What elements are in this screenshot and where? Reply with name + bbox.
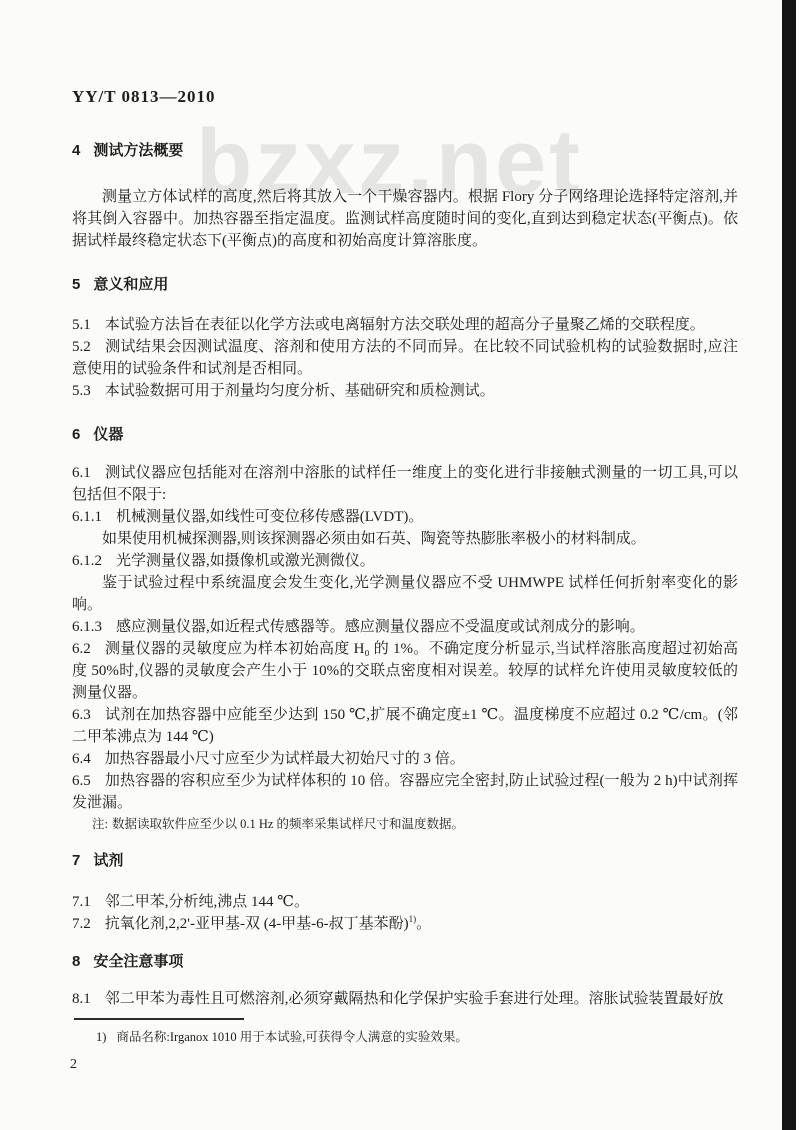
clause-text: 加热容器最小尺寸应至少为试样最大初始尺寸的 3 倍。	[105, 751, 465, 767]
paragraph-overview: 测量立方体试样的高度,然后将其放入一个干燥容器内。根据 Flory 分子网络理论…	[72, 186, 738, 252]
clause-8-1: 8.1邻二甲苯为毒性且可燃溶剂,必须穿戴隔热和化学保护实验手套进行处理。溶胀试验…	[72, 988, 738, 1010]
clause-5-2: 5.2测试结果会因测试温度、溶剂和使用方法的不同而异。在比较不同试验机构的试验数…	[72, 336, 738, 380]
clause-number: 8.1	[72, 991, 91, 1007]
clause-number: 5.3	[72, 383, 91, 399]
clause-number: 6.1	[72, 465, 91, 481]
standard-number-header: YY/T 0813—2010	[72, 86, 738, 108]
section-heading-8: 8安全注意事项	[72, 951, 738, 973]
section-number: 8	[72, 953, 80, 970]
clause-number: 5.2	[72, 339, 91, 355]
clause-text: 机械测量仪器,如线性可变位移传感器(LVDT)。	[116, 509, 423, 525]
clause-7-1: 7.1邻二甲苯,分析纯,沸点 144 ℃。	[72, 891, 738, 913]
clause-6-5: 6.5加热容器的容积应至少为试样体积的 10 倍。容器应完全密封,防止试验过程(…	[72, 770, 738, 814]
clause-number: 7.2	[72, 916, 91, 932]
clause-number: 6.1.2	[72, 553, 102, 569]
clause-number: 7.1	[72, 894, 91, 910]
clause-number: 6.3	[72, 707, 91, 723]
section-title: 安全注意事项	[93, 953, 183, 970]
clause-number: 6.4	[72, 751, 91, 767]
page-content: YY/T 0813—2010 4测试方法概要 测量立方体试样的高度,然后将其放入…	[72, 86, 738, 1074]
clause-text: 本试验方法旨在表征以化学方法或电离辐射方法交联处理的超高分子量聚乙烯的交联程度。	[105, 317, 705, 333]
clause-5-1: 5.1本试验方法旨在表征以化学方法或电离辐射方法交联处理的超高分子量聚乙烯的交联…	[72, 314, 738, 336]
section-heading-5: 5意义和应用	[72, 274, 738, 296]
section-heading-6: 6仪器	[72, 424, 738, 446]
footnote-text: 商品名称:Irganox 1010 用于本试验,可获得令人满意的实验效果。	[116, 1030, 468, 1044]
clause-6-2: 6.2测量仪器的灵敏度应为样本初始高度 H₀ 的 1%。不确定度分析显示,当试样…	[72, 638, 738, 704]
section-title: 仪器	[93, 426, 123, 443]
clause-text: 邻二甲苯为毒性且可燃溶剂,必须穿戴隔热和化学保护实验手套进行处理。溶胀试验装置最…	[105, 991, 724, 1007]
section-number: 6	[72, 426, 80, 443]
note-label: 注:	[92, 817, 108, 831]
scan-edge-artifact	[782, 0, 796, 1130]
clause-text: 试剂在加热容器中应能至少达到 150 ℃,扩展不确定度±1 ℃。温度梯度不应超过…	[72, 707, 738, 745]
note-text: 数据读取软件应至少以 0.1 Hz 的频率采集试样尺寸和温度数据。	[112, 817, 464, 831]
clause-text: 测试仪器应包括能对在溶剂中溶胀的试样任一维度上的变化进行非接触式测量的一切工具,…	[72, 465, 738, 503]
section-number: 7	[72, 852, 80, 869]
clause-number: 6.1.1	[72, 509, 102, 525]
clause-text: 测试结果会因测试温度、溶剂和使用方法的不同而异。在比较不同试验机构的试验数据时,…	[72, 339, 738, 377]
clause-number: 6.5	[72, 773, 91, 789]
footnote: 1)商品名称:Irganox 1010 用于本试验,可获得令人满意的实验效果。	[96, 1028, 738, 1046]
section-title: 试剂	[93, 852, 123, 869]
clause-text: 抗氧化剂,2,2'-亚甲基-双 (4-甲基-6-叔丁基苯酚)	[105, 916, 409, 932]
note-data-acquisition: 注:数据读取软件应至少以 0.1 Hz 的频率采集试样尺寸和温度数据。	[92, 814, 738, 834]
clause-text: 加热容器的容积应至少为试样体积的 10 倍。容器应完全密封,防止试验过程(一般为…	[72, 773, 738, 811]
section-heading-4: 4测试方法概要	[72, 140, 738, 162]
clause-text: 感应测量仪器,如近程式传感器等。感应测量仪器应不受温度或试剂成分的影响。	[116, 619, 645, 635]
section-title: 测试方法概要	[93, 142, 183, 159]
clause-text: 测量仪器的灵敏度应为样本初始高度 H₀ 的 1%。不确定度分析显示,当试样溶胀高…	[72, 641, 738, 701]
clause-text: 本试验数据可用于剂量均匀度分析、基础研究和质检测试。	[105, 383, 495, 399]
clause-text: 邻二甲苯,分析纯,沸点 144 ℃。	[105, 894, 309, 910]
section-title: 意义和应用	[93, 276, 168, 293]
clause-number: 5.1	[72, 317, 91, 333]
section-heading-7: 7试剂	[72, 850, 738, 872]
clause-6-1-3: 6.1.3感应测量仪器,如近程式传感器等。感应测量仪器应不受温度或试剂成分的影响…	[72, 616, 738, 638]
footnote-separator	[74, 1018, 244, 1020]
clause-text: 光学测量仪器,如摄像机或激光测微仪。	[116, 553, 375, 569]
clause-number: 6.2	[72, 641, 91, 657]
document-page: bzxz.net YY/T 0813—2010 4测试方法概要 测量立方体试样的…	[0, 0, 800, 1130]
footnote-marker: 1)	[96, 1030, 106, 1044]
clause-6-3: 6.3试剂在加热容器中应能至少达到 150 ℃,扩展不确定度±1 ℃。温度梯度不…	[72, 704, 738, 748]
clause-6-4: 6.4加热容器最小尺寸应至少为试样最大初始尺寸的 3 倍。	[72, 748, 738, 770]
section-number: 5	[72, 276, 80, 293]
clause-6-1-1-note: 如果使用机械探测器,则该探测器必须由如石英、陶瓷等热膨胀率极小的材料制成。	[72, 528, 738, 550]
page-number: 2	[70, 1056, 738, 1074]
clause-6-1: 6.1测试仪器应包括能对在溶剂中溶胀的试样任一维度上的变化进行非接触式测量的一切…	[72, 462, 738, 506]
clause-7-2: 7.2抗氧化剂,2,2'-亚甲基-双 (4-甲基-6-叔丁基苯酚)1)。	[72, 913, 738, 935]
clause-6-1-1: 6.1.1机械测量仪器,如线性可变位移传感器(LVDT)。	[72, 506, 738, 528]
clause-6-1-2-note: 鉴于试验过程中系统温度会发生变化,光学测量仪器应不受 UHMWPE 试样任何折射…	[72, 572, 738, 616]
clause-number: 6.1.3	[72, 619, 102, 635]
clause-5-3: 5.3本试验数据可用于剂量均匀度分析、基础研究和质检测试。	[72, 380, 738, 402]
clause-text-tail: 。	[416, 916, 431, 932]
section-number: 4	[72, 142, 80, 159]
clause-6-1-2: 6.1.2光学测量仪器,如摄像机或激光测微仪。	[72, 550, 738, 572]
